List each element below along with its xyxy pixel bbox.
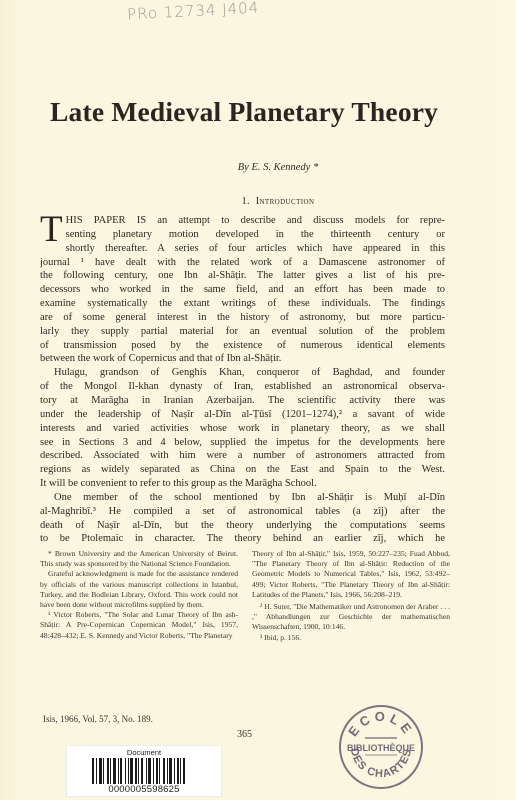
body-line: regions as widely separated as China on … — [40, 463, 445, 477]
body-line: the following century, one Ibn al-Shāṭir… — [40, 269, 445, 283]
footnotes-right-column: Theory of Ibn al-Shāṭir," Isis, 1959, 50… — [252, 549, 450, 643]
body-line: of the Mongol Il-khan dynasty of Iran, e… — [40, 380, 445, 394]
body-line: to be Ptolemaic in character. The theory… — [40, 532, 445, 546]
body-line: under the leadership of Naṣīr al-Dīn al-… — [40, 408, 445, 422]
stamp-icon: ECOLE BIBLIOTHÈQUE DES CHARTES — [339, 705, 423, 789]
barcode-sticker: Document 0000005598625 — [66, 745, 222, 797]
barcode-title: Document — [67, 748, 221, 757]
section-title: Introduction — [256, 196, 315, 207]
footnote-1: ¹ Victor Roberts, "The Solar and Lunar T… — [40, 610, 238, 641]
drop-cap: T — [40, 216, 63, 244]
body-line: shortly thereafter. A series of four art… — [66, 242, 445, 256]
section-number: 1. — [242, 196, 250, 207]
body-line: tory at Marāgha in Iranian Azerbaijan. T… — [40, 394, 445, 408]
footnote-acknowledgment: Grateful acknowledgment is made for the … — [40, 569, 238, 610]
body-line: senting planetary motion developed in th… — [66, 228, 445, 242]
body-line: journal ¹ have dealt with the related wo… — [40, 256, 445, 270]
body-line: are of some general interest in the hist… — [40, 311, 445, 325]
body-line: of transmission posed by the existence o… — [40, 339, 445, 353]
page-number: 365 — [237, 729, 252, 740]
footnote-2: ² H. Suter, "Die Mathematiker und Astron… — [252, 602, 450, 633]
barcode-number: 0000005598625 — [67, 784, 221, 795]
body-line: al-Maghribī.³ He compiled a set of astro… — [40, 505, 445, 519]
journal-citation: Isis, 1966, Vol. 57, 3, No. 189. — [43, 714, 153, 724]
footnote-affiliation: * Brown University and the American Univ… — [40, 549, 238, 569]
handwritten-shelfmark: PRo 12734 J404 — [127, 0, 260, 23]
body-line: death of Naṣīr al-Dīn, but the theory un… — [40, 519, 445, 533]
svg-text:ECOLE: ECOLE — [345, 709, 417, 739]
footnotes-left-column: * Brown University and the American Univ… — [40, 549, 238, 641]
section-heading: 1. Introduction — [0, 196, 516, 207]
article-body: T HIS PAPER IS an attempt to describe an… — [40, 214, 445, 546]
barcode-icon — [92, 758, 199, 784]
body-line: HIS PAPER IS an attempt to describe and … — [66, 214, 445, 228]
body-line: decessors who worked in the same field, … — [40, 283, 445, 297]
body-line: larly they supply partial material for a… — [40, 325, 445, 339]
body-line: One member of the school mentioned by Ib… — [40, 491, 445, 505]
body-line: described. Associated with him were a nu… — [40, 449, 445, 463]
library-stamp: ECOLE BIBLIOTHÈQUE DES CHARTES — [339, 705, 423, 789]
document-page: PRo 12734 J404 Late Medieval Planetary T… — [0, 0, 516, 800]
body-line: examine systematically the extant writin… — [40, 297, 445, 311]
body-line: see in Sections 3 and 4 below, supplied … — [40, 436, 445, 450]
footnote-3: ³ Ibid, p. 156. — [252, 633, 450, 643]
body-line: between the work of Copernicus and that … — [40, 352, 445, 366]
footnote-1-continued: Theory of Ibn al-Shāṭir," Isis, 1959, 50… — [252, 549, 450, 600]
article-title: Late Medieval Planetary Theory — [50, 96, 450, 128]
body-line: interests and varied activities whose wo… — [40, 422, 445, 436]
author-byline: By E. S. Kennedy * — [0, 162, 516, 173]
body-line: It will be convenient to refer to this g… — [40, 477, 445, 491]
body-line: Hulagu, grandson of Genghis Khan, conque… — [40, 366, 445, 380]
